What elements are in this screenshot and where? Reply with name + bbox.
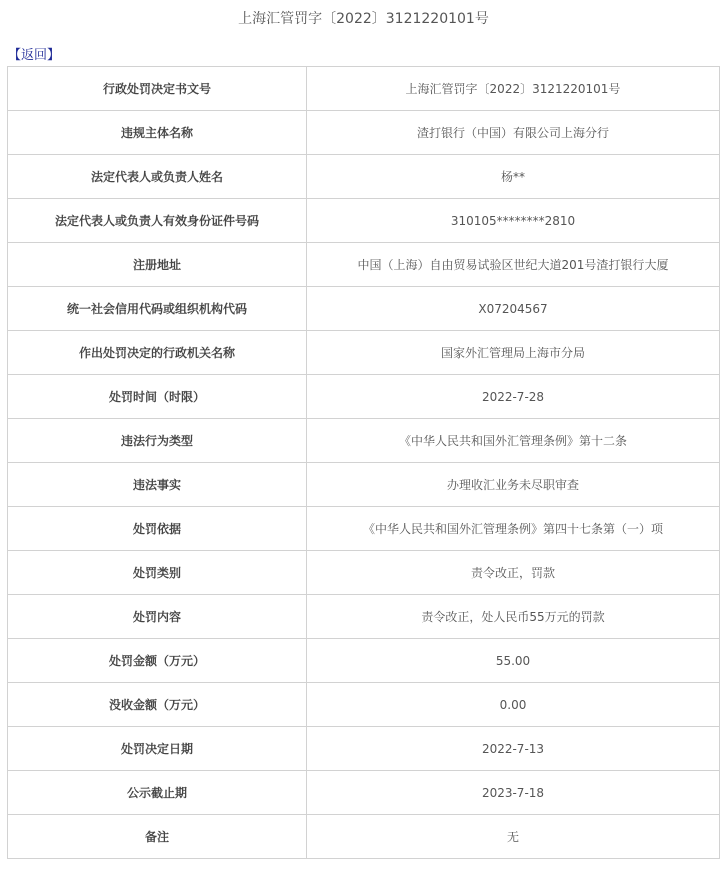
row-value: 310105********2810 [307,199,720,243]
table-row-legal-representative: 法定代表人或负责人姓名 杨** [8,155,720,199]
back-link[interactable]: 【返回】 [8,47,60,65]
row-label: 处罚决定日期 [8,727,307,771]
table-row-remarks: 备注 无 [8,815,720,859]
table-row-authority: 作出处罚决定的行政机关名称 国家外汇管理局上海市分局 [8,331,720,375]
row-label: 注册地址 [8,243,307,287]
row-label: 行政处罚决定书文号 [8,67,307,111]
table-row-penalty-basis: 处罚依据 《中华人民共和国外汇管理条例》第四十七条第（一）项 [8,507,720,551]
table-row-registered-address: 注册地址 中国（上海）自由贸易试验区世纪大道201号渣打银行大厦 [8,243,720,287]
row-value: 责令改正，罚款 [307,551,720,595]
row-value: 无 [307,815,720,859]
row-label: 法定代表人或负责人有效身份证件号码 [8,199,307,243]
row-label: 处罚内容 [8,595,307,639]
row-value: X07204567 [307,287,720,331]
row-label: 公示截止期 [8,771,307,815]
row-value: 《中华人民共和国外汇管理条例》第四十七条第（一）项 [307,507,720,551]
row-label: 统一社会信用代码或组织机构代码 [8,287,307,331]
table-row-violator-name: 违规主体名称 渣打银行（中国）有限公司上海分行 [8,111,720,155]
row-value: 55.00 [307,639,720,683]
row-label: 处罚依据 [8,507,307,551]
row-value: 渣打银行（中国）有限公司上海分行 [307,111,720,155]
row-label: 处罚类别 [8,551,307,595]
row-label: 处罚时间（时限） [8,375,307,419]
row-label: 法定代表人或负责人姓名 [8,155,307,199]
table-row-penalty-amount: 处罚金额（万元） 55.00 [8,639,720,683]
table-row-confiscation-amount: 没收金额（万元） 0.00 [8,683,720,727]
table-row-violation-type: 违法行为类型 《中华人民共和国外汇管理条例》第十二条 [8,419,720,463]
row-label: 违法事实 [8,463,307,507]
row-value: 中国（上海）自由贸易试验区世纪大道201号渣打银行大厦 [307,243,720,287]
row-label: 没收金额（万元） [8,683,307,727]
table-row-decision-date: 处罚决定日期 2022-7-13 [8,727,720,771]
table-row-decision-number: 行政处罚决定书文号 上海汇管罚字〔2022〕3121220101号 [8,67,720,111]
row-value: 《中华人民共和国外汇管理条例》第十二条 [307,419,720,463]
table-row-publicity-deadline: 公示截止期 2023-7-18 [8,771,720,815]
table-row-id-number: 法定代表人或负责人有效身份证件号码 310105********2810 [8,199,720,243]
row-value: 2023-7-18 [307,771,720,815]
row-value: 办理收汇业务未尽职审查 [307,463,720,507]
table-row-penalty-time: 处罚时间（时限） 2022-7-28 [8,375,720,419]
penalty-detail-table: 行政处罚决定书文号 上海汇管罚字〔2022〕3121220101号 违规主体名称… [7,66,720,859]
row-value: 责令改正，处人民币55万元的罚款 [307,595,720,639]
row-value: 2022-7-13 [307,727,720,771]
row-value: 2022-7-28 [307,375,720,419]
row-value: 上海汇管罚字〔2022〕3121220101号 [307,67,720,111]
table-row-violation-facts: 违法事实 办理收汇业务未尽职审查 [8,463,720,507]
table-row-penalty-category: 处罚类别 责令改正，罚款 [8,551,720,595]
row-label: 处罚金额（万元） [8,639,307,683]
row-label: 作出处罚决定的行政机关名称 [8,331,307,375]
table-row-credit-code: 统一社会信用代码或组织机构代码 X07204567 [8,287,720,331]
row-label: 违规主体名称 [8,111,307,155]
row-label: 备注 [8,815,307,859]
table-row-penalty-content: 处罚内容 责令改正，处人民币55万元的罚款 [8,595,720,639]
row-label: 违法行为类型 [8,419,307,463]
row-value: 国家外汇管理局上海市分局 [307,331,720,375]
page-title: 上海汇管罚字〔2022〕3121220101号 [0,8,727,30]
row-value: 0.00 [307,683,720,727]
row-value: 杨** [307,155,720,199]
